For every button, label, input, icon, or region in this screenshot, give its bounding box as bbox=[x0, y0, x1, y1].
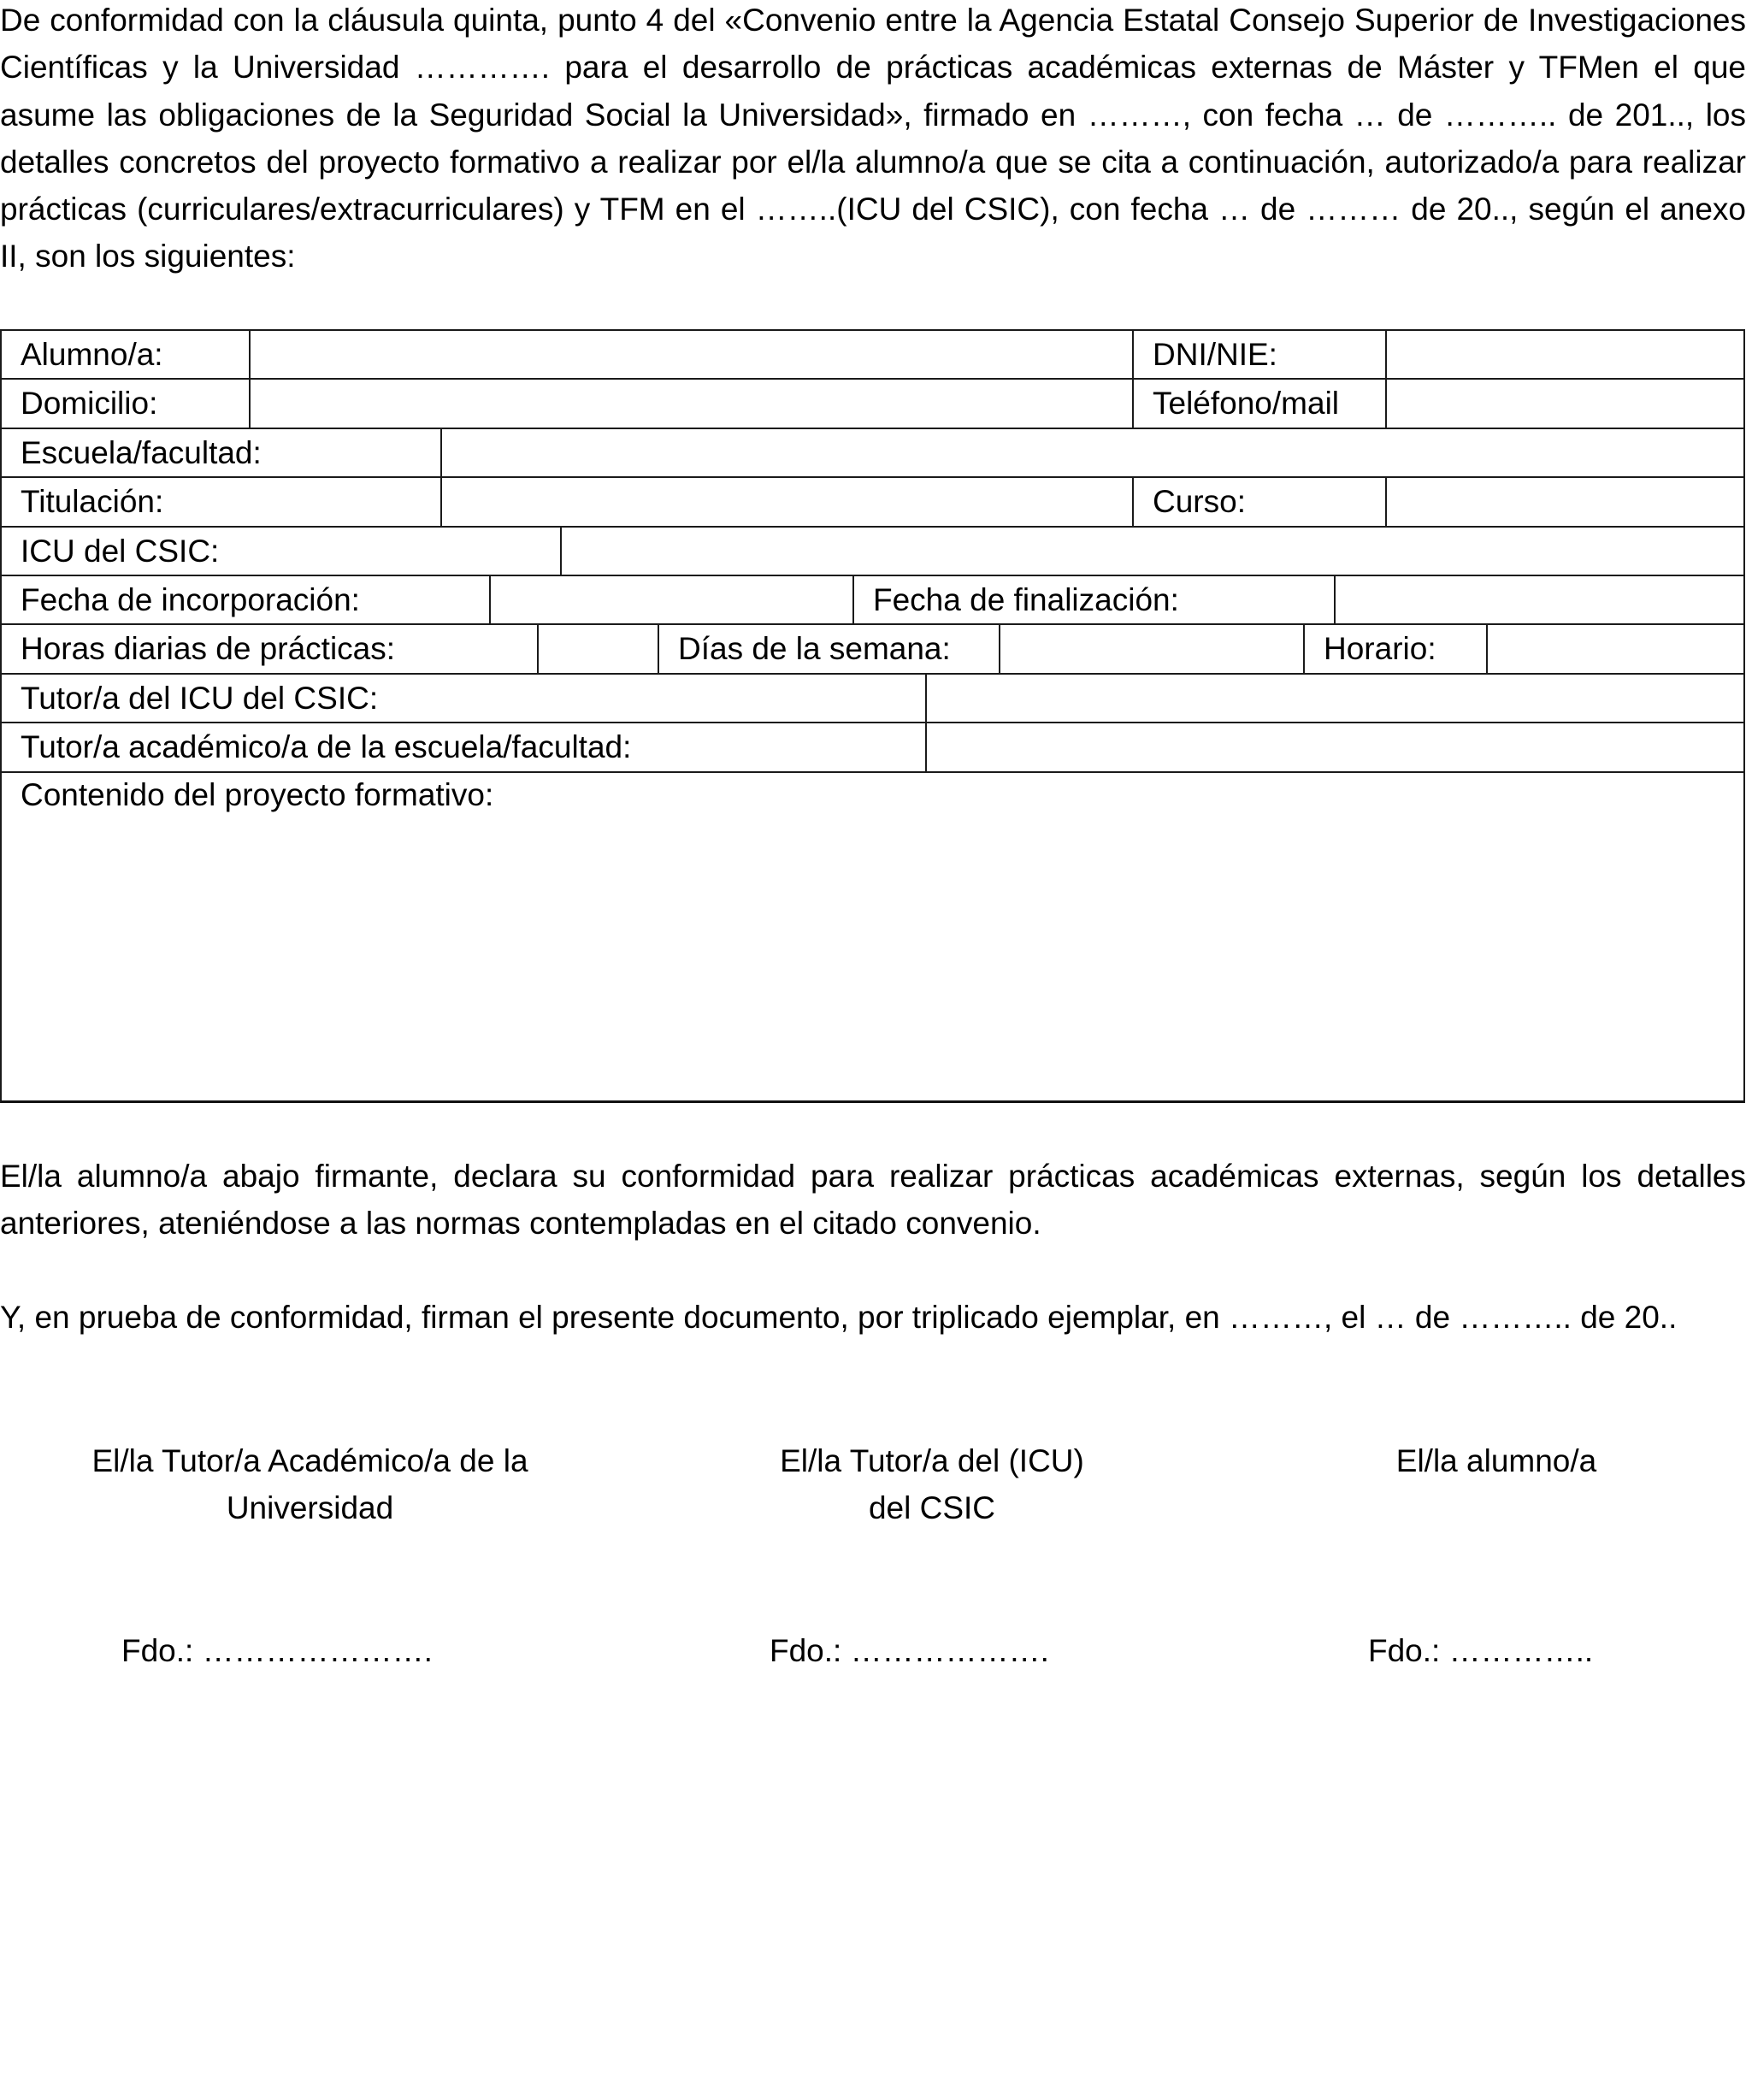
signature-line-academic-tutor[interactable]: Fdo.: …………………. bbox=[121, 1627, 433, 1674]
dias-label: Días de la semana: bbox=[658, 625, 999, 672]
project-form-table: Alumno/a: DNI/NIE: Domicilio: Teléfono/m… bbox=[0, 329, 1745, 1103]
signature-title-line1: El/la Tutor/a Académico/a de la bbox=[34, 1437, 586, 1484]
signature-block-academic-tutor: El/la Tutor/a Académico/a de la Universi… bbox=[34, 1437, 586, 1532]
row-icu: ICU del CSIC: bbox=[0, 526, 1745, 575]
signature-line-icu-tutor[interactable]: Fdo.: ………………. bbox=[770, 1627, 1049, 1674]
fecha-finalizacion-field[interactable] bbox=[1334, 576, 1743, 623]
domicilio-field[interactable] bbox=[249, 380, 1132, 427]
titulacion-field[interactable] bbox=[440, 478, 1132, 525]
row-fechas: Fecha de incorporación: Fecha de finaliz… bbox=[0, 575, 1745, 623]
row-escuela: Escuela/facultad: bbox=[0, 428, 1745, 476]
row-tutor-icu: Tutor/a del ICU del CSIC: bbox=[0, 673, 1745, 722]
curso-field[interactable] bbox=[1385, 478, 1743, 525]
dni-label: DNI/NIE: bbox=[1132, 331, 1385, 378]
horas-field[interactable] bbox=[537, 625, 658, 672]
telefono-label: Teléfono/mail bbox=[1132, 380, 1385, 427]
fecha-finalizacion-label: Fecha de finalización: bbox=[852, 576, 1334, 623]
dni-field[interactable] bbox=[1385, 331, 1743, 378]
row-contenido[interactable]: Contenido del proyecto formativo: bbox=[0, 771, 1745, 1103]
tutor-icu-field[interactable] bbox=[925, 675, 1743, 722]
signature-title-line1: El/la alumno/a bbox=[1351, 1437, 1642, 1484]
fecha-incorporacion-label: Fecha de incorporación: bbox=[2, 576, 489, 623]
alumno-label: Alumno/a: bbox=[2, 331, 249, 378]
signature-title-line2: Universidad bbox=[34, 1484, 586, 1531]
domicilio-label: Domicilio: bbox=[2, 380, 249, 427]
dias-field[interactable] bbox=[999, 625, 1303, 672]
row-tutor-academico: Tutor/a académico/a de la escuela/facult… bbox=[0, 722, 1745, 770]
intro-paragraph: De conformidad con la cláusula quinta, p… bbox=[0, 0, 1746, 280]
declaration-paragraph: El/la alumno/a abajo firmante, declara s… bbox=[0, 1153, 1746, 1248]
icu-field[interactable] bbox=[560, 528, 1743, 575]
row-titulacion: Titulación: Curso: bbox=[0, 476, 1745, 525]
signature-title-line2: del CSIC bbox=[727, 1484, 1137, 1531]
horario-label: Horario: bbox=[1303, 625, 1486, 672]
signature-line-student[interactable]: Fdo.: ………….. bbox=[1368, 1627, 1593, 1674]
titulacion-label: Titulación: bbox=[2, 478, 440, 525]
tutor-icu-label: Tutor/a del ICU del CSIC: bbox=[2, 675, 925, 722]
contenido-label: Contenido del proyecto formativo: bbox=[2, 773, 1743, 1100]
tutor-academico-field[interactable] bbox=[925, 723, 1743, 770]
tutor-academico-label: Tutor/a académico/a de la escuela/facult… bbox=[2, 723, 925, 770]
row-alumno: Alumno/a: DNI/NIE: bbox=[0, 329, 1745, 378]
icu-label: ICU del CSIC: bbox=[2, 528, 560, 575]
signature-title-line1: El/la Tutor/a del (ICU) bbox=[727, 1437, 1137, 1484]
row-horas: Horas diarias de prácticas: Días de la s… bbox=[0, 623, 1745, 672]
signature-block-student: El/la alumno/a bbox=[1351, 1437, 1642, 1484]
horas-label: Horas diarias de prácticas: bbox=[2, 625, 537, 672]
alumno-field[interactable] bbox=[249, 331, 1132, 378]
horario-field[interactable] bbox=[1486, 625, 1743, 672]
escuela-field[interactable] bbox=[440, 429, 1743, 476]
curso-label: Curso: bbox=[1132, 478, 1385, 525]
signature-paragraph: Y, en prueba de conformidad, firman el p… bbox=[0, 1294, 1746, 1341]
row-domicilio: Domicilio: Teléfono/mail bbox=[0, 378, 1745, 427]
signature-block-icu-tutor: El/la Tutor/a del (ICU) del CSIC bbox=[727, 1437, 1137, 1532]
fecha-incorporacion-field[interactable] bbox=[489, 576, 852, 623]
escuela-label: Escuela/facultad: bbox=[2, 429, 440, 476]
telefono-field[interactable] bbox=[1385, 380, 1743, 427]
